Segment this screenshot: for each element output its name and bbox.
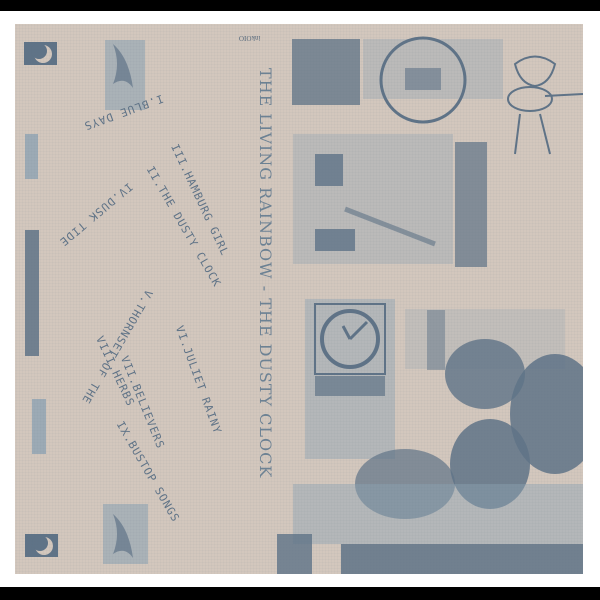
front-collage [277, 38, 583, 574]
spine-title: THE LIVING RAINBOW - THE DUSTY CLOCK [251, 68, 275, 528]
track-4: IV.DUSK TIDE [57, 180, 135, 249]
tracklist: I.BLUE DAYS II.THE DUSTY CLOCK III.HAMBU… [15, 24, 229, 574]
catalog-number: inkOIO [239, 34, 260, 42]
top-black-bar [0, 0, 600, 11]
bottom-black-bar [0, 587, 600, 600]
track-1: I.BLUE DAYS [82, 92, 165, 133]
track-6: VI.JULIET RAINY [173, 324, 224, 436]
track-3: III.HAMBURG GIRL [168, 142, 231, 258]
cassette-jcard: inkOIO THE LIVING RAINBOW - THE DUSTY CL… [15, 24, 583, 574]
